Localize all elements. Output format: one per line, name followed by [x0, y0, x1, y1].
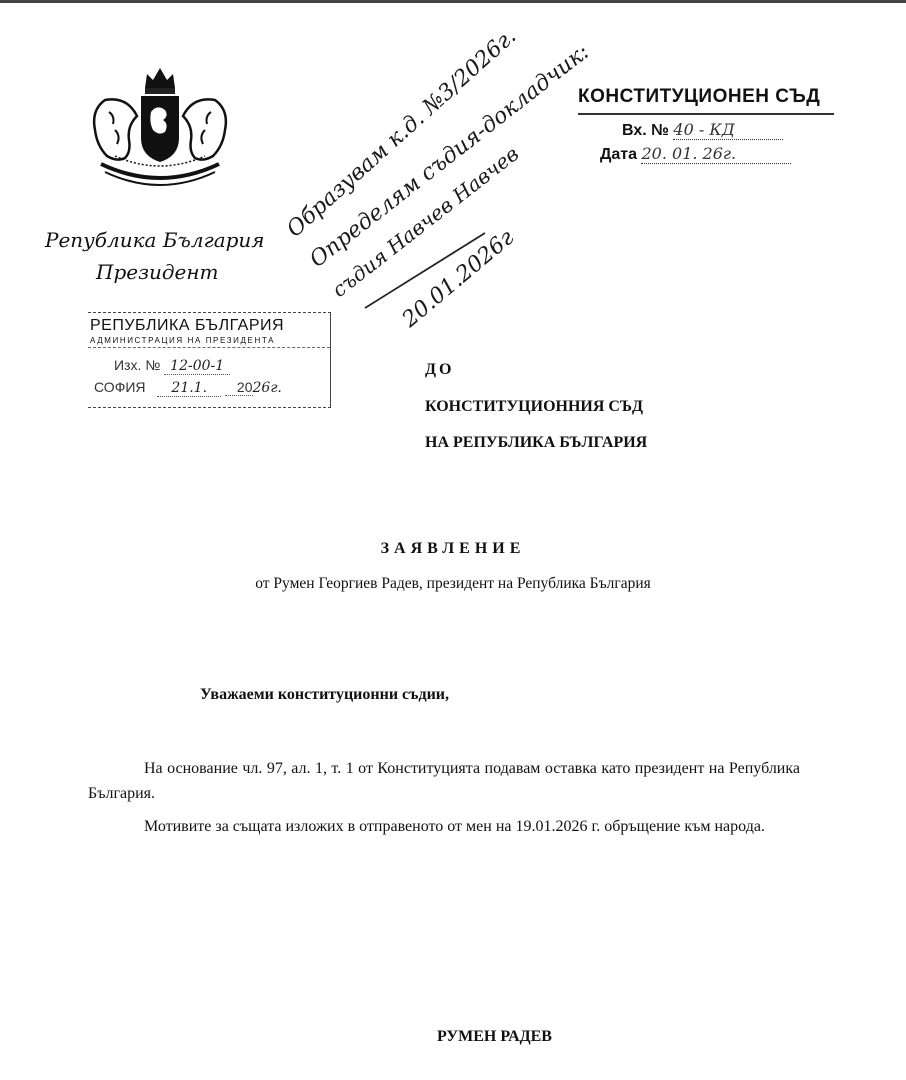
outgoing-number-value: 12-00-1: [164, 358, 230, 375]
body-paragraph: На основание чл. 97, ал. 1, т. 1 от Конс…: [88, 756, 800, 806]
stamp-subtitle: АДМИНИСТРАЦИЯ НА ПРЕЗИДЕНТА: [90, 336, 275, 345]
document-title: ЗАЯВЛЕНИЕ: [0, 540, 906, 558]
paragraph-text: Мотивите за същата изложих в отправеното…: [144, 818, 765, 835]
salutation: Уважаеми конституционни съдии,: [200, 686, 449, 704]
incoming-number-value: 40 - КД: [673, 120, 783, 140]
court-stamp-title: КОНСТИТУЦИОНЕН СЪД: [578, 86, 820, 108]
addressee-line-3: НА РЕПУБЛИКА БЪЛГАРИЯ: [425, 434, 647, 452]
paragraph-text: На основание чл. 97, ал. 1, т. 1 от Конс…: [88, 760, 800, 802]
letterhead-line1: Република България: [45, 228, 265, 252]
stamp-divider: [88, 347, 330, 348]
outgoing-date-row: СОФИЯ 21.1. 2026г.: [94, 379, 282, 396]
body-paragraph: Мотивите за същата изложих в отправеното…: [88, 814, 800, 839]
incoming-number-row: Вх. № 40 - КД: [622, 120, 783, 140]
incoming-registration-stamp: КОНСТИТУЦИОНЕН СЪД Вх. № 40 - КД Дата 20…: [578, 86, 838, 176]
addressee-line-1: ДО: [425, 361, 454, 379]
signatory-name: РУМЕН РАДЕВ: [437, 1028, 552, 1046]
outgoing-date-value: 21.1.: [157, 380, 221, 397]
letterhead-line2: Президент: [96, 260, 219, 284]
outgoing-number-label: Изх. №: [114, 357, 160, 373]
outgoing-year-prefix: 20: [225, 379, 253, 396]
incoming-number-label: Вх. №: [622, 122, 669, 139]
document-subtitle: от Румен Георгиев Радев, президент на Ре…: [0, 575, 906, 593]
incoming-date-label: Дата: [600, 146, 637, 163]
outgoing-number-row: Изх. № 12-00-1: [114, 357, 230, 374]
outgoing-city-label: СОФИЯ: [94, 379, 146, 395]
addressee-line-2: КОНСТИТУЦИОННИЯ СЪД: [425, 398, 643, 416]
outgoing-year-value: 26г.: [253, 380, 282, 396]
stamp-rule: [578, 113, 834, 115]
handwritten-resolution: Образувам к.д. №3/2026г. Определям съдия…: [255, 28, 675, 338]
incoming-date-value: 20. 01. 26г.: [641, 144, 791, 164]
coat-of-arms-icon: [75, 60, 245, 200]
incoming-date-row: Дата 20. 01. 26г.: [600, 144, 791, 164]
top-border: [0, 0, 906, 3]
